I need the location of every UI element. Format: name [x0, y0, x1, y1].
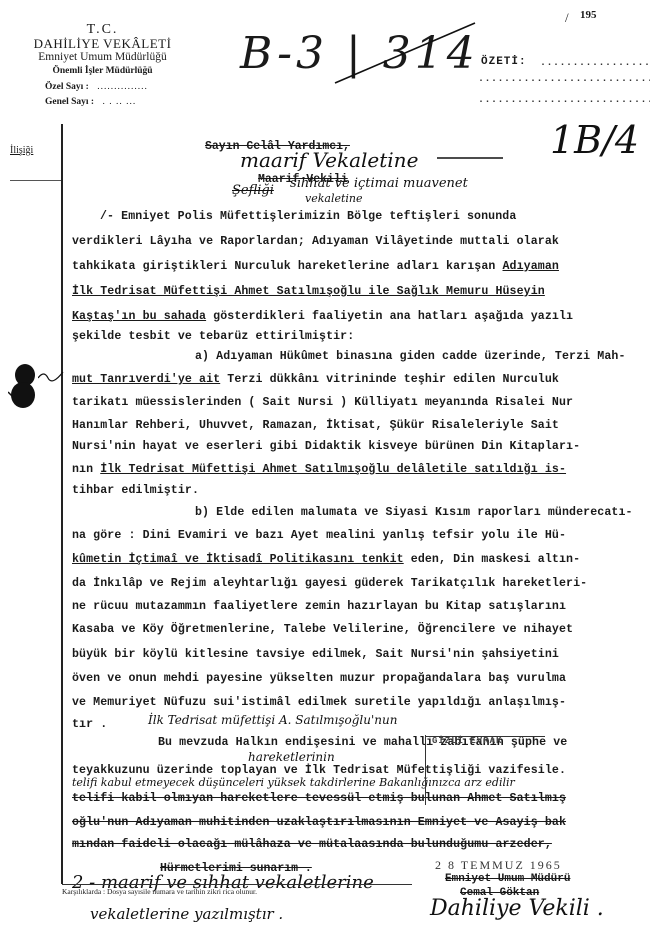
ink-stroke-icon — [38, 368, 64, 382]
body-line: tahkikata giriştikleri Nurculuk hareketl… — [72, 260, 559, 273]
reference-divider — [10, 180, 62, 181]
strike-stroke-icon — [330, 18, 480, 88]
handwritten-note-after-b: İlk Tedrisat müfettişi A. Satılmışoğlu'n… — [148, 713, 398, 727]
addressee-handwritten-insert: maarif Vekaletine — [240, 148, 418, 172]
page-number: 195 — [580, 9, 597, 21]
body-line: nın İlk Tedrisat Müfettişi Ahmet Satılmı… — [72, 463, 566, 476]
body-line: oğlu'nun Adıyaman muhitinden uzaklaştırı… — [72, 816, 566, 829]
general-number-value: . . .. ... — [102, 97, 136, 107]
body-line: a) Adıyaman Hükûmet binasına giden cadde… — [195, 350, 626, 363]
body-line: /- Emniyet Polis Müfettişlerimizin Bölge… — [100, 210, 516, 223]
body-line: ne rücuu mutazammın faaliyetlere zemin h… — [72, 600, 566, 613]
body-line: na göre : Dini Evamiri ve bazı Ayet meal… — [72, 529, 566, 542]
body-line: şekilde tesbit ve tebarüz ettirilmiştir: — [72, 330, 354, 343]
body-line: Hanımlar Rehberi, Uhuvvet, Ramazan, İkti… — [72, 419, 559, 432]
stamp-date: 2 8 TEMMUZ 1965 — [435, 858, 562, 873]
body-line: verdikleri Lâyıha ve Raporlardan; Adıyam… — [72, 235, 559, 248]
body-line: tihbar edilmiştir. — [72, 484, 199, 497]
summary-dots-2: ........................................… — [478, 74, 650, 85]
summary-label: ÖZETİ: — [481, 56, 527, 68]
special-number-value: ............... — [97, 82, 148, 92]
handwritten-insert-c: hareketlerinin — [248, 750, 335, 764]
general-number-row: Genel Sayı : . . .. ... — [45, 97, 136, 107]
body-line: İlk Tedrisat Müfettişi Ahmet Satılmışoğl… — [72, 285, 545, 298]
footer-note: Karşılıklarda : Dosya sayısile numara ve… — [62, 887, 257, 896]
addressee-handwritten-struck: Şefliği — [232, 183, 274, 198]
margin-line — [61, 124, 63, 884]
body-line: ve Memuriyet Nüfuzu sui'istimâl edilmek … — [72, 696, 566, 709]
special-number-row: Özel Sayı : ............... — [45, 82, 148, 92]
handwritten-signature: Dahiliye Vekili . — [430, 896, 604, 921]
handwritten-file-number-right: 1B/4 — [550, 118, 639, 162]
body-line: da İnkılâp ve Rejim aleyhtarlığı gayesi … — [72, 577, 587, 590]
reference-label: İlişiği — [10, 145, 33, 156]
body-line: tarikatı müessislerinden ( Sait Nursi ) … — [72, 396, 573, 409]
signatory-title: Emniyet Umum Müdürü — [445, 873, 570, 885]
summary-dots-3: ........................................… — [478, 95, 650, 106]
body-line: tır . — [72, 718, 107, 731]
letterhead-ministry: DAHİLİYE VEKÂLETİ — [20, 36, 185, 52]
body-line: mından faideli olacağı mülâhaza ve mütal… — [72, 838, 552, 851]
stamp-text: GİZLİ EVRAK — [432, 736, 502, 746]
ink-blot-icon — [8, 362, 42, 410]
summary-dots-1: ........................................… — [540, 58, 650, 69]
stamp-border-left — [425, 735, 426, 805]
body-line: Bu mevzuda Halkın endişesini ve mahalli … — [158, 736, 567, 749]
handwritten-line-icon — [435, 150, 505, 162]
body-line: telifi kabil olmıyan hareketlere tevessü… — [72, 792, 566, 805]
body-line: Kaştaş'ın bu sahada gösterdikleri faaliy… — [72, 310, 573, 323]
handwritten-replacement-c: telifi kabul etmeyecek düşünceleri yükse… — [72, 776, 515, 789]
addressee-handwritten-note-2: vekaletine — [305, 192, 363, 205]
general-number-label: Genel Sayı : — [45, 97, 94, 107]
footer-divider — [62, 884, 412, 885]
addressee-handwritten-note-1: sıhhat ve içtimai muavenet — [290, 176, 468, 191]
body-line: b) Elde edilen malumata ve Siyasi Kısım … — [195, 506, 633, 519]
body-line: öven ve onun mehdi payesine yükselten mu… — [72, 672, 566, 685]
body-line: büyük bir köylü kitlesine tavsiye edilme… — [72, 648, 559, 661]
handwritten-bottom-note: vekaletlerine yazılmıştır . — [90, 905, 283, 923]
letterhead-department: Önemli İşler Müdürlüğü — [20, 66, 185, 76]
special-number-label: Özel Sayı : — [45, 82, 89, 92]
body-line: mut Tanrıverdi'ye ait Terzi dükkânı vitr… — [72, 373, 559, 386]
letterhead-directorate: Emniyet Umum Müdürlüğü — [20, 51, 185, 63]
body-line: kûmetin İçtimaî ve İktisadî Politikasını… — [72, 553, 580, 566]
body-line: Nursi'nin hayat ve eserleri gibi Didakti… — [72, 440, 580, 453]
body-line: Kasaba ve Köy Öğretmenlerine, Talebe Vel… — [72, 623, 573, 636]
page-tick-mark: / — [565, 10, 569, 26]
